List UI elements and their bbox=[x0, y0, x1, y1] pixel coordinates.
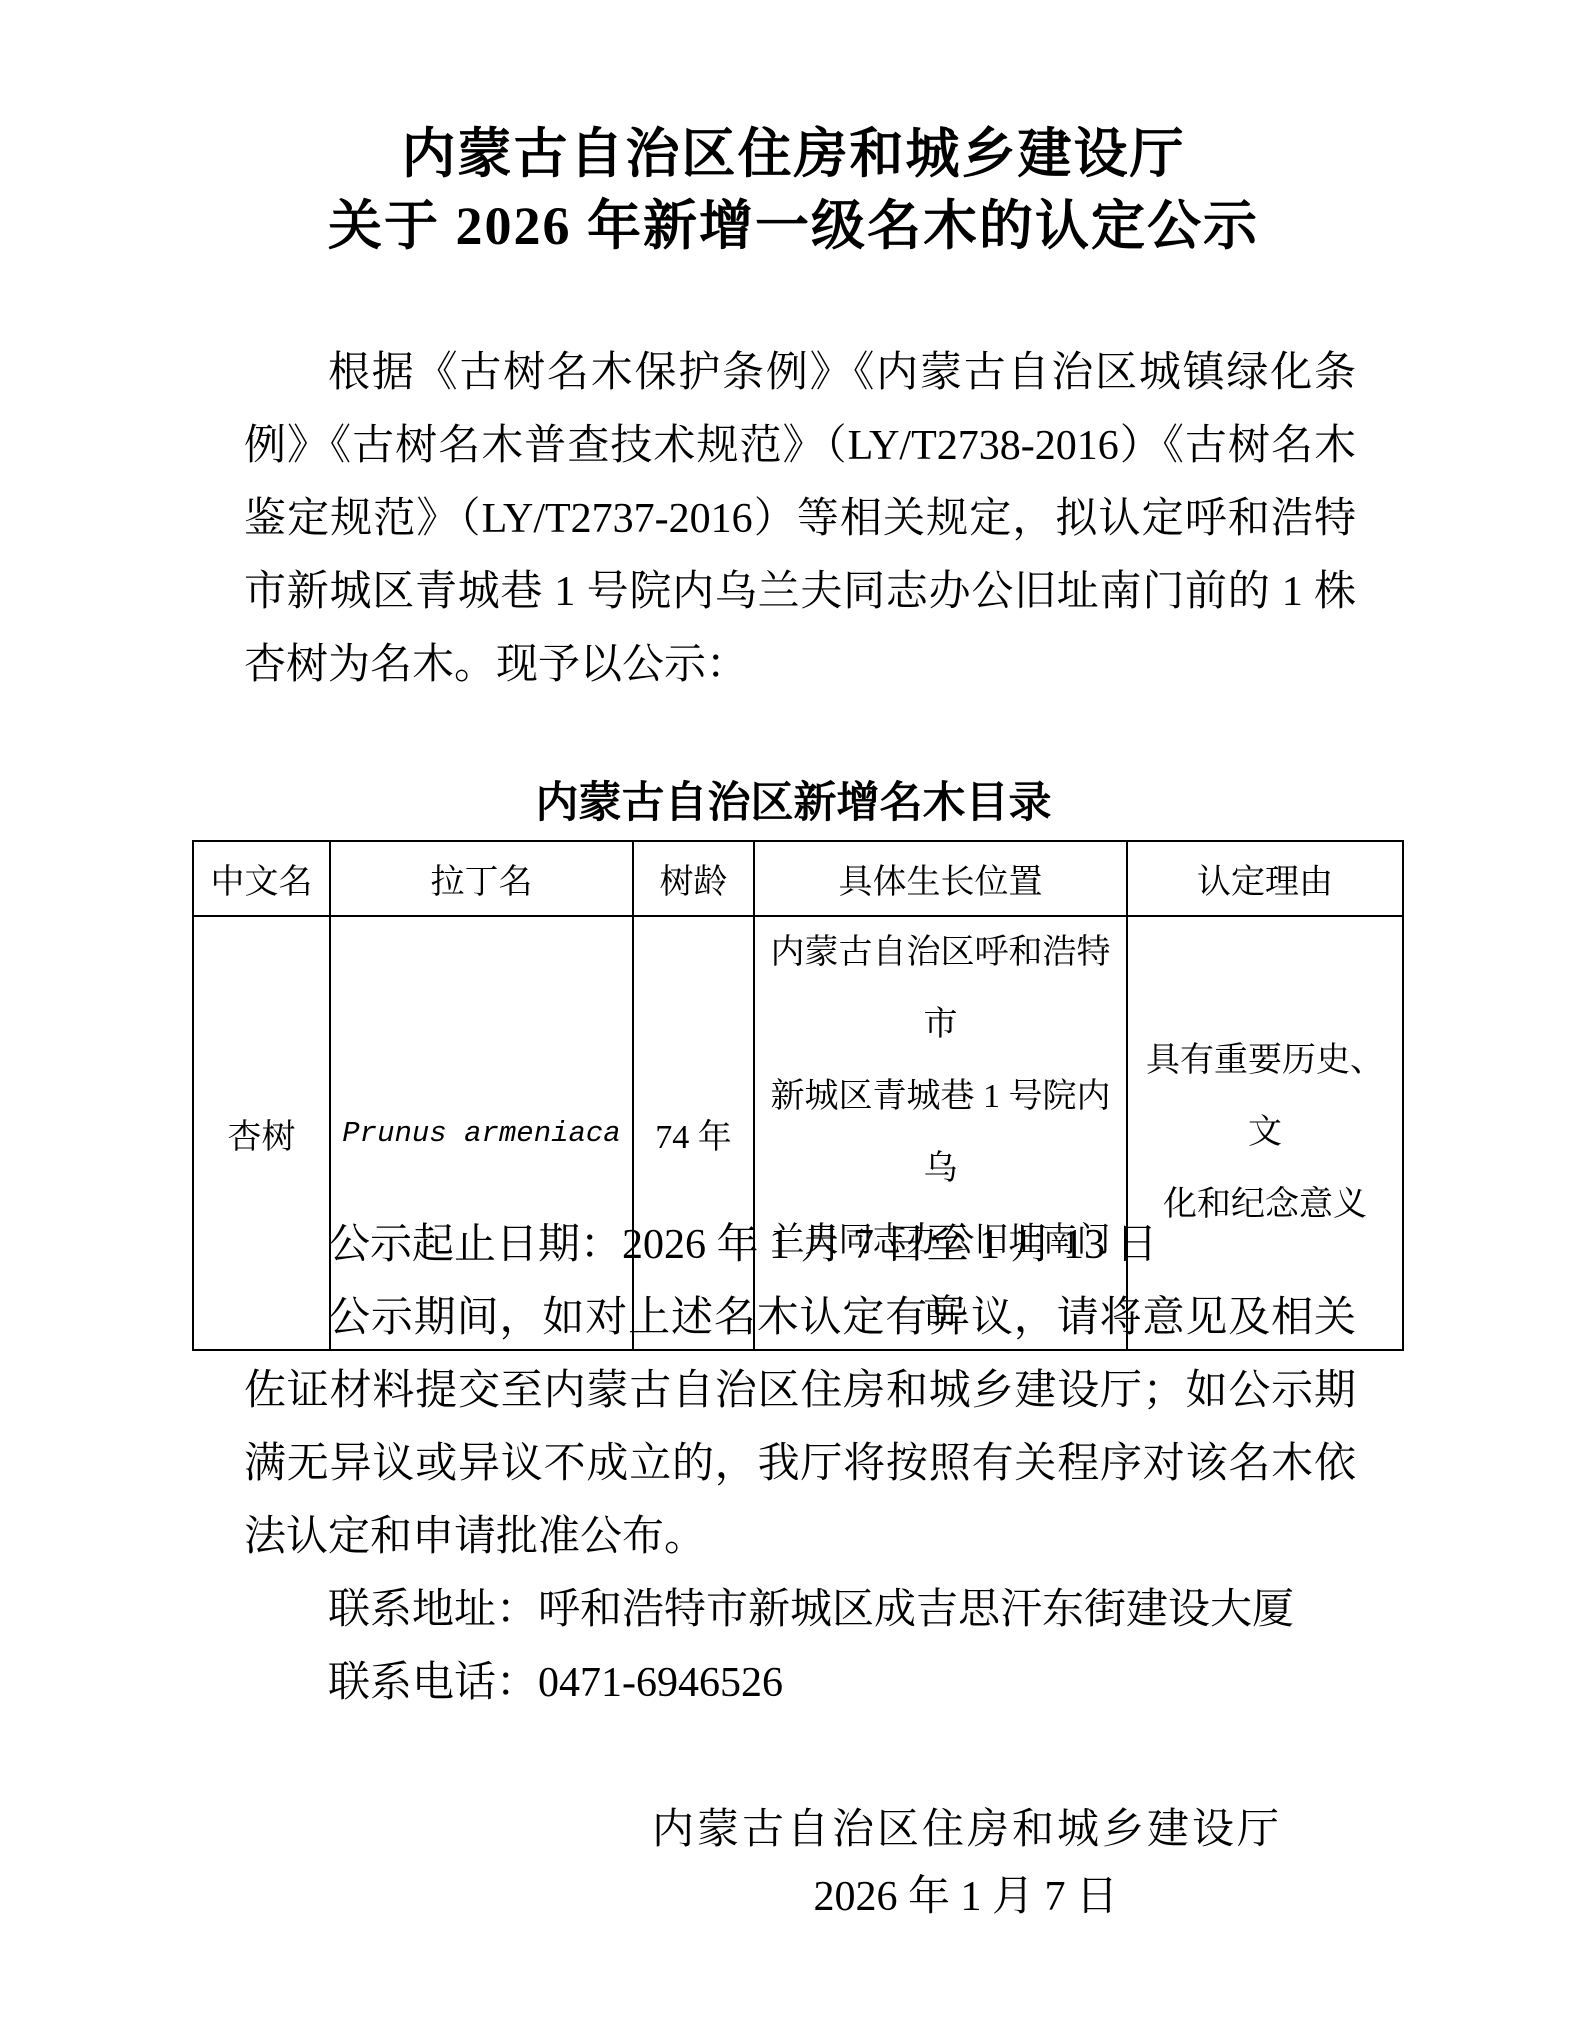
col-header-age: 树龄 bbox=[633, 841, 754, 916]
signature-date: 2026 年 1 月 7 日 bbox=[0, 1861, 1118, 1933]
intro-line: 杏树为名木。现予以公示： bbox=[244, 629, 1356, 702]
table-header: 中文名 拉丁名 树龄 具体生长位置 认定理由 bbox=[193, 841, 1403, 916]
table-caption: 内蒙古自治区新增名木目录 bbox=[0, 779, 1587, 827]
location-line: 内蒙古自治区呼和浩特市 bbox=[761, 917, 1120, 1061]
notice-line-phone: 联系电话：0471-6946526 bbox=[244, 1647, 1356, 1720]
intro-line: 例》《古树名木普查技术规范》（LY/T2738-2016）《古树名木 bbox=[244, 410, 1356, 483]
notice-line: 满无异议或异议不成立的，我厅将按照有关程序对该名木依 bbox=[244, 1428, 1356, 1501]
notice-line: 法认定和申请批准公布。 bbox=[244, 1501, 1356, 1574]
document-page: 内蒙古自治区住房和城乡建设厅 关于 2026 年新增一级名木的认定公示 根据《古… bbox=[0, 0, 1587, 2042]
title-line-1: 内蒙古自治区住房和城乡建设厅 bbox=[0, 118, 1587, 190]
table-header-row: 中文名 拉丁名 树龄 具体生长位置 认定理由 bbox=[193, 841, 1403, 916]
notice-line: 佐证材料提交至内蒙古自治区住房和城乡建设厅；如公示期 bbox=[244, 1355, 1356, 1428]
signature-organization: 内蒙古自治区住房和城乡建设厅 bbox=[0, 1794, 1282, 1866]
intro-line: 根据《古树名木保护条例》《内蒙古自治区城镇绿化条 bbox=[244, 337, 1356, 410]
document-title: 内蒙古自治区住房和城乡建设厅 关于 2026 年新增一级名木的认定公示 bbox=[0, 118, 1587, 262]
title-line-2: 关于 2026 年新增一级名木的认定公示 bbox=[0, 190, 1587, 262]
intro-line: 鉴定规范》（LY/T2737-2016）等相关规定，拟认定呼和浩特 bbox=[244, 483, 1356, 556]
notice-block: 公示起止日期：2026 年 1 月 7 日至 1 月 13 日 公示期间，如对上… bbox=[244, 1209, 1356, 1720]
col-header-location: 具体生长位置 bbox=[754, 841, 1127, 916]
col-header-reason: 认定理由 bbox=[1127, 841, 1403, 916]
notice-line-dates: 公示起止日期：2026 年 1 月 7 日至 1 月 13 日 bbox=[244, 1209, 1356, 1282]
notice-line-address: 联系地址：呼和浩特市新城区成吉思汗东街建设大厦 bbox=[244, 1574, 1356, 1647]
reason-line: 具有重要历史、文 bbox=[1134, 1025, 1396, 1169]
col-header-latin-name: 拉丁名 bbox=[330, 841, 633, 916]
col-header-chinese-name: 中文名 bbox=[193, 841, 330, 916]
location-line: 新城区青城巷 1 号院内乌 bbox=[761, 1061, 1120, 1205]
notice-line: 公示期间，如对上述名木认定有异议，请将意见及相关 bbox=[244, 1282, 1356, 1355]
intro-paragraph: 根据《古树名木保护条例》《内蒙古自治区城镇绿化条 例》《古树名木普查技术规范》（… bbox=[244, 337, 1356, 702]
intro-line: 市新城区青城巷 1 号院内乌兰夫同志办公旧址南门前的 1 株 bbox=[244, 556, 1356, 629]
